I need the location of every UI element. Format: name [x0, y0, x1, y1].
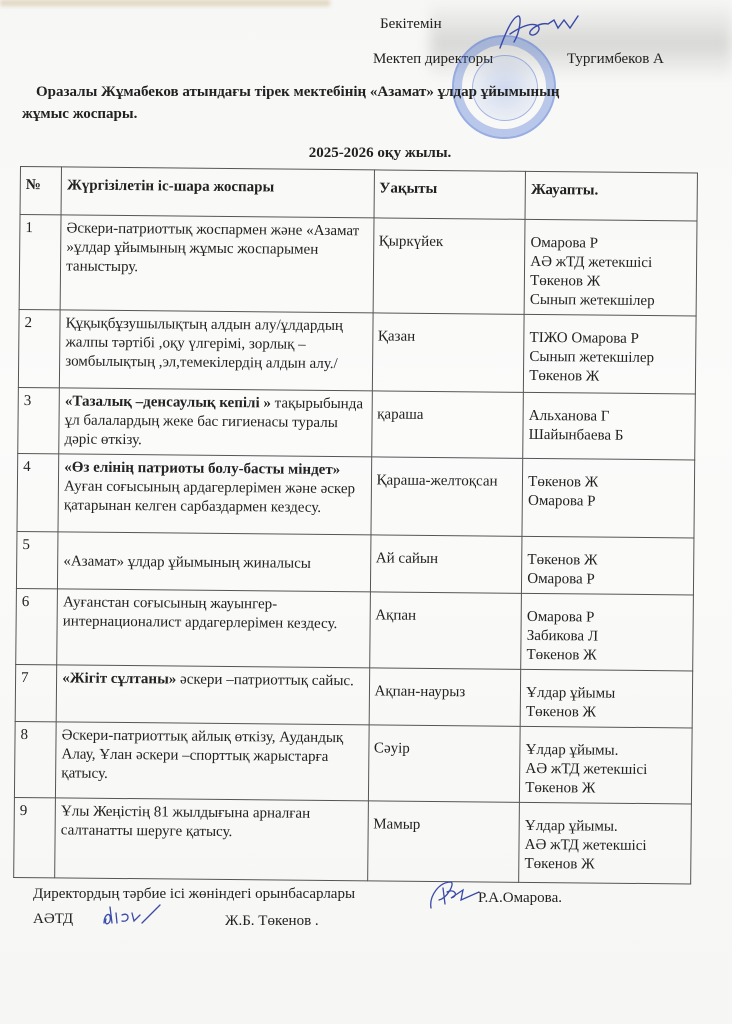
row-time: Қараша-желтоқсан [371, 457, 523, 536]
responsible-person: Төкенов Ж [529, 367, 690, 388]
activity-title: «Жігіт сұлтаны» [62, 670, 176, 687]
table-body: 1Әскери-патриоттық жоспармен және «Азама… [14, 215, 697, 884]
row-time: Қазан [372, 313, 524, 392]
row-activity: Ауғанстан соғысының жауынгер-интернацион… [57, 589, 370, 668]
responsible-person: ТІЖО Омарова Р [529, 329, 690, 350]
row-time: Ақпан [369, 592, 521, 669]
row-responsible: ТІЖО Омарова РСынып жетекшілерТөкенов Ж [524, 314, 697, 394]
table-row: 1Әскери-патриоттық жоспармен және «Азама… [19, 215, 697, 316]
responsible-person: Омарова Р [528, 492, 689, 513]
table-row: 7«Жігіт сұлтаны» әскери –патриоттық сайы… [15, 664, 693, 727]
table-row: 4«Өз елінің патриоты болу-басты міндет» … [17, 453, 695, 537]
row-activity: «Тазалық –денсаулық кепілі » тақырыбында… [59, 388, 372, 457]
row-responsible: Омарова РЗабикова ЛТөкенов Ж [521, 593, 694, 671]
activity-text: әскери –патриоттық сайыс. [176, 672, 354, 690]
row-responsible: Ұлдар ұйымы.АӘ жТД жетекшісіТөкенов Ж [520, 726, 693, 804]
responsible-person: Ұлдар ұйымы. [526, 741, 687, 762]
table-row: 2Құқықбұзушылықтың алдын алу/ұлдардың жа… [18, 309, 696, 393]
aotd-signature-icon [100, 903, 170, 929]
responsible-person: Төкенов Ж [525, 779, 686, 800]
document-heading: Оразалы Жұмабеков атындағы тірек мектебі… [22, 81, 682, 125]
row-activity: Әскери-патриоттық жоспармен және «Азамат… [60, 215, 373, 313]
row-time: Ақпан-наурыз [369, 668, 521, 726]
table-row: 3«Тазалық –денсаулық кепілі » тақырыбынд… [18, 387, 696, 459]
document-page: Бекітемін Мектеп директоры Тургимбеков А… [0, 0, 732, 1024]
row-activity: Әскери-патриоттық айлық өткізу, Аудандық… [56, 722, 369, 801]
header-responsible: Жауапты. [525, 171, 697, 221]
responsible-person: Ұлдар ұйымы. [525, 817, 686, 838]
table-row: 6 Ауғанстан соғысының жауынгер-интернаци… [16, 588, 694, 670]
activity-text: Ұлы Жеңістің 81 жылдығына арналған салта… [61, 803, 311, 840]
row-responsible: Төкенов ЖОмарова Р [522, 458, 695, 538]
activity-title: «Тазалық –денсаулық кепілі » [65, 393, 271, 411]
activity-title: «Өз елінің патриоты болу-басты міндет» [64, 459, 340, 478]
responsible-person: АӘ жТД жетекшісі [525, 836, 686, 857]
row-activity: «Жігіт сұлтаны» әскери –патриоттық сайыс… [56, 665, 369, 725]
activity-text: Ауғанстан соғысының жауынгер-интернацион… [63, 594, 338, 632]
activity-text: «Азамат» ұлдар ұйымының жиналысы [63, 553, 311, 571]
aotd-name: Ж.Б. Төкенов . [225, 913, 319, 930]
responsible-person: Төкенов Ж [526, 646, 687, 667]
row-time: Ай сайын [370, 535, 522, 593]
row-responsible: Альханова ГШайынбаева Б [523, 392, 695, 460]
table-header-row: № Жүргізілетін іс-шара жоспары Уақыты Жа… [20, 167, 697, 221]
responsible-person: Альханова Г [529, 407, 690, 428]
row-number: 9 [14, 797, 56, 877]
row-activity: «Азамат» ұлдар ұйымының жиналысы [58, 532, 371, 592]
paper-edge [0, 0, 330, 6]
row-activity: «Өз елінің патриоты болу-басты міндет» А… [58, 454, 371, 535]
row-number: 7 [15, 664, 57, 721]
responsible-person: Төкенов Ж [527, 551, 688, 572]
responsible-person: Төкенов Ж [524, 855, 685, 876]
row-activity: Ұлы Жеңістің 81 жылдығына арналған салта… [55, 798, 368, 881]
row-activity: Құқықбұзушылықтың алдын алу/ұлдардың жал… [60, 310, 373, 391]
row-number: 8 [14, 721, 56, 797]
activity-text: Құқықбұзушылықтың алдын алу/ұлдардың жал… [65, 315, 343, 372]
responsible-person: Омарова Р [527, 570, 688, 591]
responsible-person: Сынып жетекшілер [529, 348, 690, 369]
responsible-person: Төкенов Ж [526, 703, 687, 724]
responsible-person: Төкенов Ж [528, 473, 689, 494]
responsible-person: АӘ жТД жетекшісі [530, 253, 691, 274]
header-number: № [20, 167, 62, 215]
table-row: 5«Азамат» ұлдар ұйымының жиналысыАй сайы… [16, 531, 694, 594]
aotd-label: АӘТД [33, 911, 73, 928]
work-plan-table: № Жүргізілетін іс-шара жоспары Уақыты Жа… [13, 166, 698, 884]
row-number: 2 [18, 309, 60, 387]
table-row: 9Ұлы Жеңістің 81 жылдығына арналған салт… [14, 797, 692, 883]
row-responsible: Ұлдар ұйымы.АӘ жТД жетекшісіТөкенов Ж [519, 802, 692, 884]
row-number: 3 [18, 387, 60, 453]
row-number: 5 [16, 531, 58, 588]
academic-year: 2025-2026 оқу жылы. [0, 145, 732, 162]
responsible-person: Төкенов Ж [530, 272, 691, 293]
row-responsible: Омарова РАӘ жТД жетекшісіТөкенов ЖСынып … [524, 219, 697, 316]
heading-line-2: жұмыс жоспары. [22, 103, 682, 125]
director-name: Тургимбеков А [567, 51, 664, 68]
row-responsible: Төкенов ЖОмарова Р [522, 536, 694, 595]
row-responsible: Ұлдар ұйымыТөкенов Ж [520, 669, 692, 728]
row-time: Қыркүйек [373, 218, 526, 314]
approval-title: Бекітемін [380, 16, 442, 33]
heading-line-1: Оразалы Жұмабеков атындағы тірек мектебі… [22, 81, 682, 103]
director-signature-icon [492, 12, 587, 52]
row-time: Мамыр [367, 801, 519, 882]
responsible-person: Ұлдар ұйымы [526, 684, 687, 705]
row-number: 1 [19, 215, 61, 310]
row-time: Сәуір [368, 725, 520, 802]
deputy-name: Р.А.Омарова. [478, 890, 562, 907]
header-time: Уақыты [374, 170, 526, 219]
deputy-role: Директордың тәрбие ісі жөніндегі орынбас… [33, 886, 355, 903]
responsible-person: Забикова Л [527, 627, 688, 648]
activity-text: Әскери-патриоттық айлық өткізу, Аудандық… [61, 727, 343, 781]
activity-text: Ауған соғысының ардагерлерімен және әске… [64, 478, 355, 515]
deputy-signature-icon [425, 878, 480, 910]
activity-text: Әскери-патриоттық жоспармен және «Азамат… [66, 220, 359, 275]
responsible-person: Сынып жетекшілер [530, 291, 691, 312]
row-number: 4 [17, 453, 59, 531]
responsible-person: Омарова Р [527, 608, 688, 629]
row-number: 6 [16, 588, 58, 664]
header-activity: Жүргізілетін іс-шара жоспары [61, 167, 374, 218]
table-row: 8Әскери-патриоттық айлық өткізу, Ауданды… [14, 721, 692, 803]
responsible-person: АӘ жТД жетекшісі [525, 760, 686, 781]
row-time: қараша [371, 391, 523, 458]
responsible-person: Омарова Р [530, 234, 691, 255]
responsible-person: Шайынбаева Б [529, 426, 690, 447]
